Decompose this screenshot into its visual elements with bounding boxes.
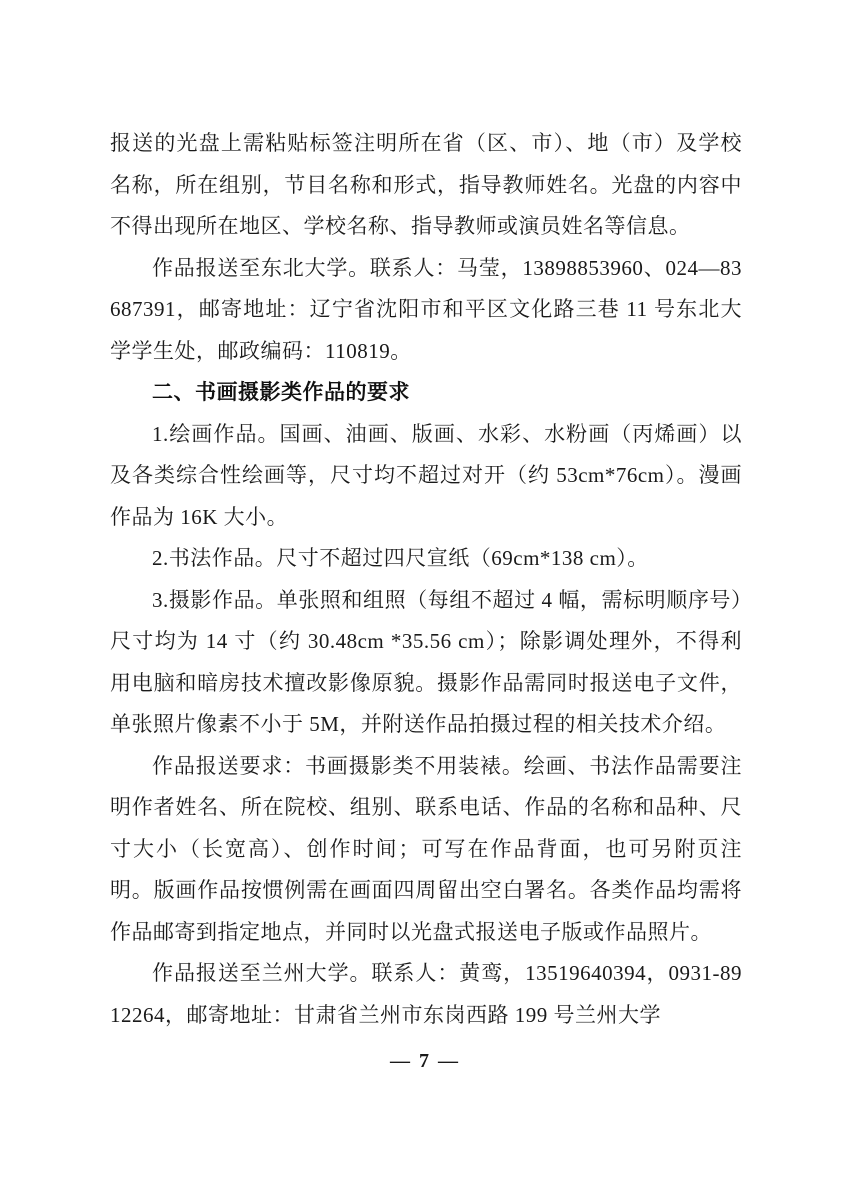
section-heading-calligraphy-photography-requirements: 二、书画摄影类作品的要求	[110, 372, 742, 414]
paragraph-submission-requirements: 作品报送要求：书画摄影类不用装裱。绘画、书法作品需要注明作者姓名、所在院校、组别…	[110, 746, 742, 954]
page-number: — 7 —	[0, 1050, 850, 1073]
paragraph-lanzhou-university-contact: 作品报送至兰州大学。联系人：黄鸾，13519640394，0931-891226…	[110, 953, 742, 1036]
paragraph-painting-works: 1.绘画作品。国画、油画、版画、水彩、水粉画（丙烯画）以及各类综合性绘画等，尺寸…	[110, 414, 742, 539]
paragraph-photography-works: 3.摄影作品。单张照和组照（每组不超过 4 幅，需标明顺序号）尺寸均为 14 寸…	[110, 580, 742, 746]
paragraph-northeastern-university-contact: 作品报送至东北大学。联系人：马莹，13898853960、024—8368739…	[110, 248, 742, 373]
paragraph-disc-label-requirements: 报送的光盘上需粘贴标签注明所在省（区、市）、地（市）及学校名称，所在组别，节目名…	[110, 123, 742, 248]
document-body: 报送的光盘上需粘贴标签注明所在省（区、市）、地（市）及学校名称，所在组别，节目名…	[110, 123, 742, 1036]
paragraph-calligraphy-works: 2.书法作品。尺寸不超过四尺宣纸（69cm*138 cm）。	[110, 538, 742, 580]
document-page: 报送的光盘上需粘贴标签注明所在省（区、市）、地（市）及学校名称，所在组别，节目名…	[0, 0, 850, 1201]
